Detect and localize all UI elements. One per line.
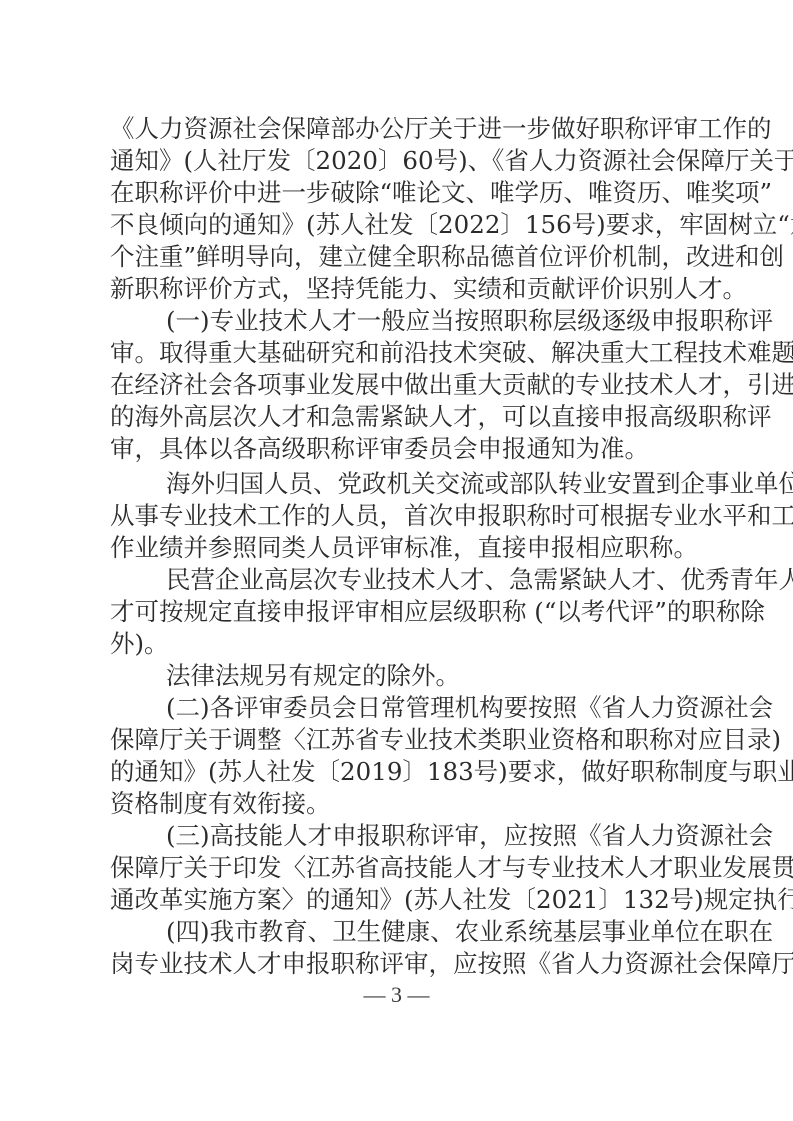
text-line: 在经济社会各项事业发展中做出重大贡献的专业技术人才，引进	[110, 369, 698, 401]
text-line: 资格制度有效衔接。	[110, 788, 698, 820]
text-line: 通改革实施方案〉的通知》(苏人社发〔2021〕132号)规定执行。	[110, 884, 698, 916]
text-line: 岗专业技术人才申报职称评审，应按照《省人力资源社会保障厅	[110, 948, 698, 980]
text-line: 在职称评价中进一步破除“唯论文、唯学历、唯资历、唯奖项”	[110, 177, 698, 209]
page-number: — 3 —	[0, 980, 793, 1010]
text-line: 不良倾向的通知》(苏人社发〔2022〕156号)要求，牢固树立“六	[110, 209, 698, 241]
paragraph-law-exception: 法律法规另有规定的除外。	[110, 660, 698, 692]
document-page: 《人力资源社会保障部办公厅关于进一步做好职称评审工作的 通知》(人社厅发〔202…	[0, 0, 793, 1121]
text-line: 的通知》(苏人社发〔2019〕183号)要求，做好职称制度与职业	[110, 756, 698, 788]
text-line: 新职称评价方式，坚持凭能力、实绩和贡献评价识别人才。	[110, 273, 698, 305]
paragraph-item-4-start: (四)我市教育、卫生健康、农业系统基层事业单位在职在	[110, 916, 698, 948]
text-line: 从事专业技术工作的人员，首次申报职称时可根据专业水平和工	[110, 500, 698, 532]
paragraph-private-enterprise-start: 民营企业高层次专业技术人才、急需紧缺人才、优秀青年人	[110, 564, 698, 596]
text-line: 个注重”鲜明导向，建立健全职称品德首位评价机制，改进和创	[110, 241, 698, 273]
text-line: 保障厅关于印发〈江苏省高技能人才与专业技术人才职业发展贯	[110, 852, 698, 884]
paragraph-item-1-start: (一)专业技术人才一般应当按照职称层级逐级申报职称评	[110, 305, 698, 337]
text-line: 审，具体以各高级职称评审委员会申报通知为准。	[110, 433, 698, 465]
text-line: 通知》(人社厅发〔2020〕60号)、《省人力资源社会保障厅关于	[110, 145, 698, 177]
text-line: 审。取得重大基础研究和前沿技术突破、解决重大工程技术难题，	[110, 337, 698, 369]
text-line: 的海外高层次人才和急需紧缺人才，可以直接申报高级职称评	[110, 401, 698, 433]
text-line: 作业绩并参照同类人员评审标准，直接申报相应职称。	[110, 532, 698, 564]
document-body: 《人力资源社会保障部办公厅关于进一步做好职称评审工作的 通知》(人社厅发〔202…	[110, 113, 698, 980]
paragraph-item-2-start: (二)各评审委员会日常管理机构要按照《省人力资源社会	[110, 692, 698, 724]
text-line: 外)。	[110, 628, 698, 660]
text-line: 保障厅关于调整〈江苏省专业技术类职业资格和职称对应目录)	[110, 724, 698, 756]
text-line: 《人力资源社会保障部办公厅关于进一步做好职称评审工作的	[110, 113, 698, 145]
paragraph-item-3-start: (三)高技能人才申报职称评审，应按照《省人力资源社会	[110, 820, 698, 852]
paragraph-overseas-start: 海外归国人员、党政机关交流或部队转业安置到企事业单位	[110, 468, 698, 500]
text-line: 才可按规定直接申报评审相应层级职称 (“以考代评”的职称除	[110, 596, 698, 628]
